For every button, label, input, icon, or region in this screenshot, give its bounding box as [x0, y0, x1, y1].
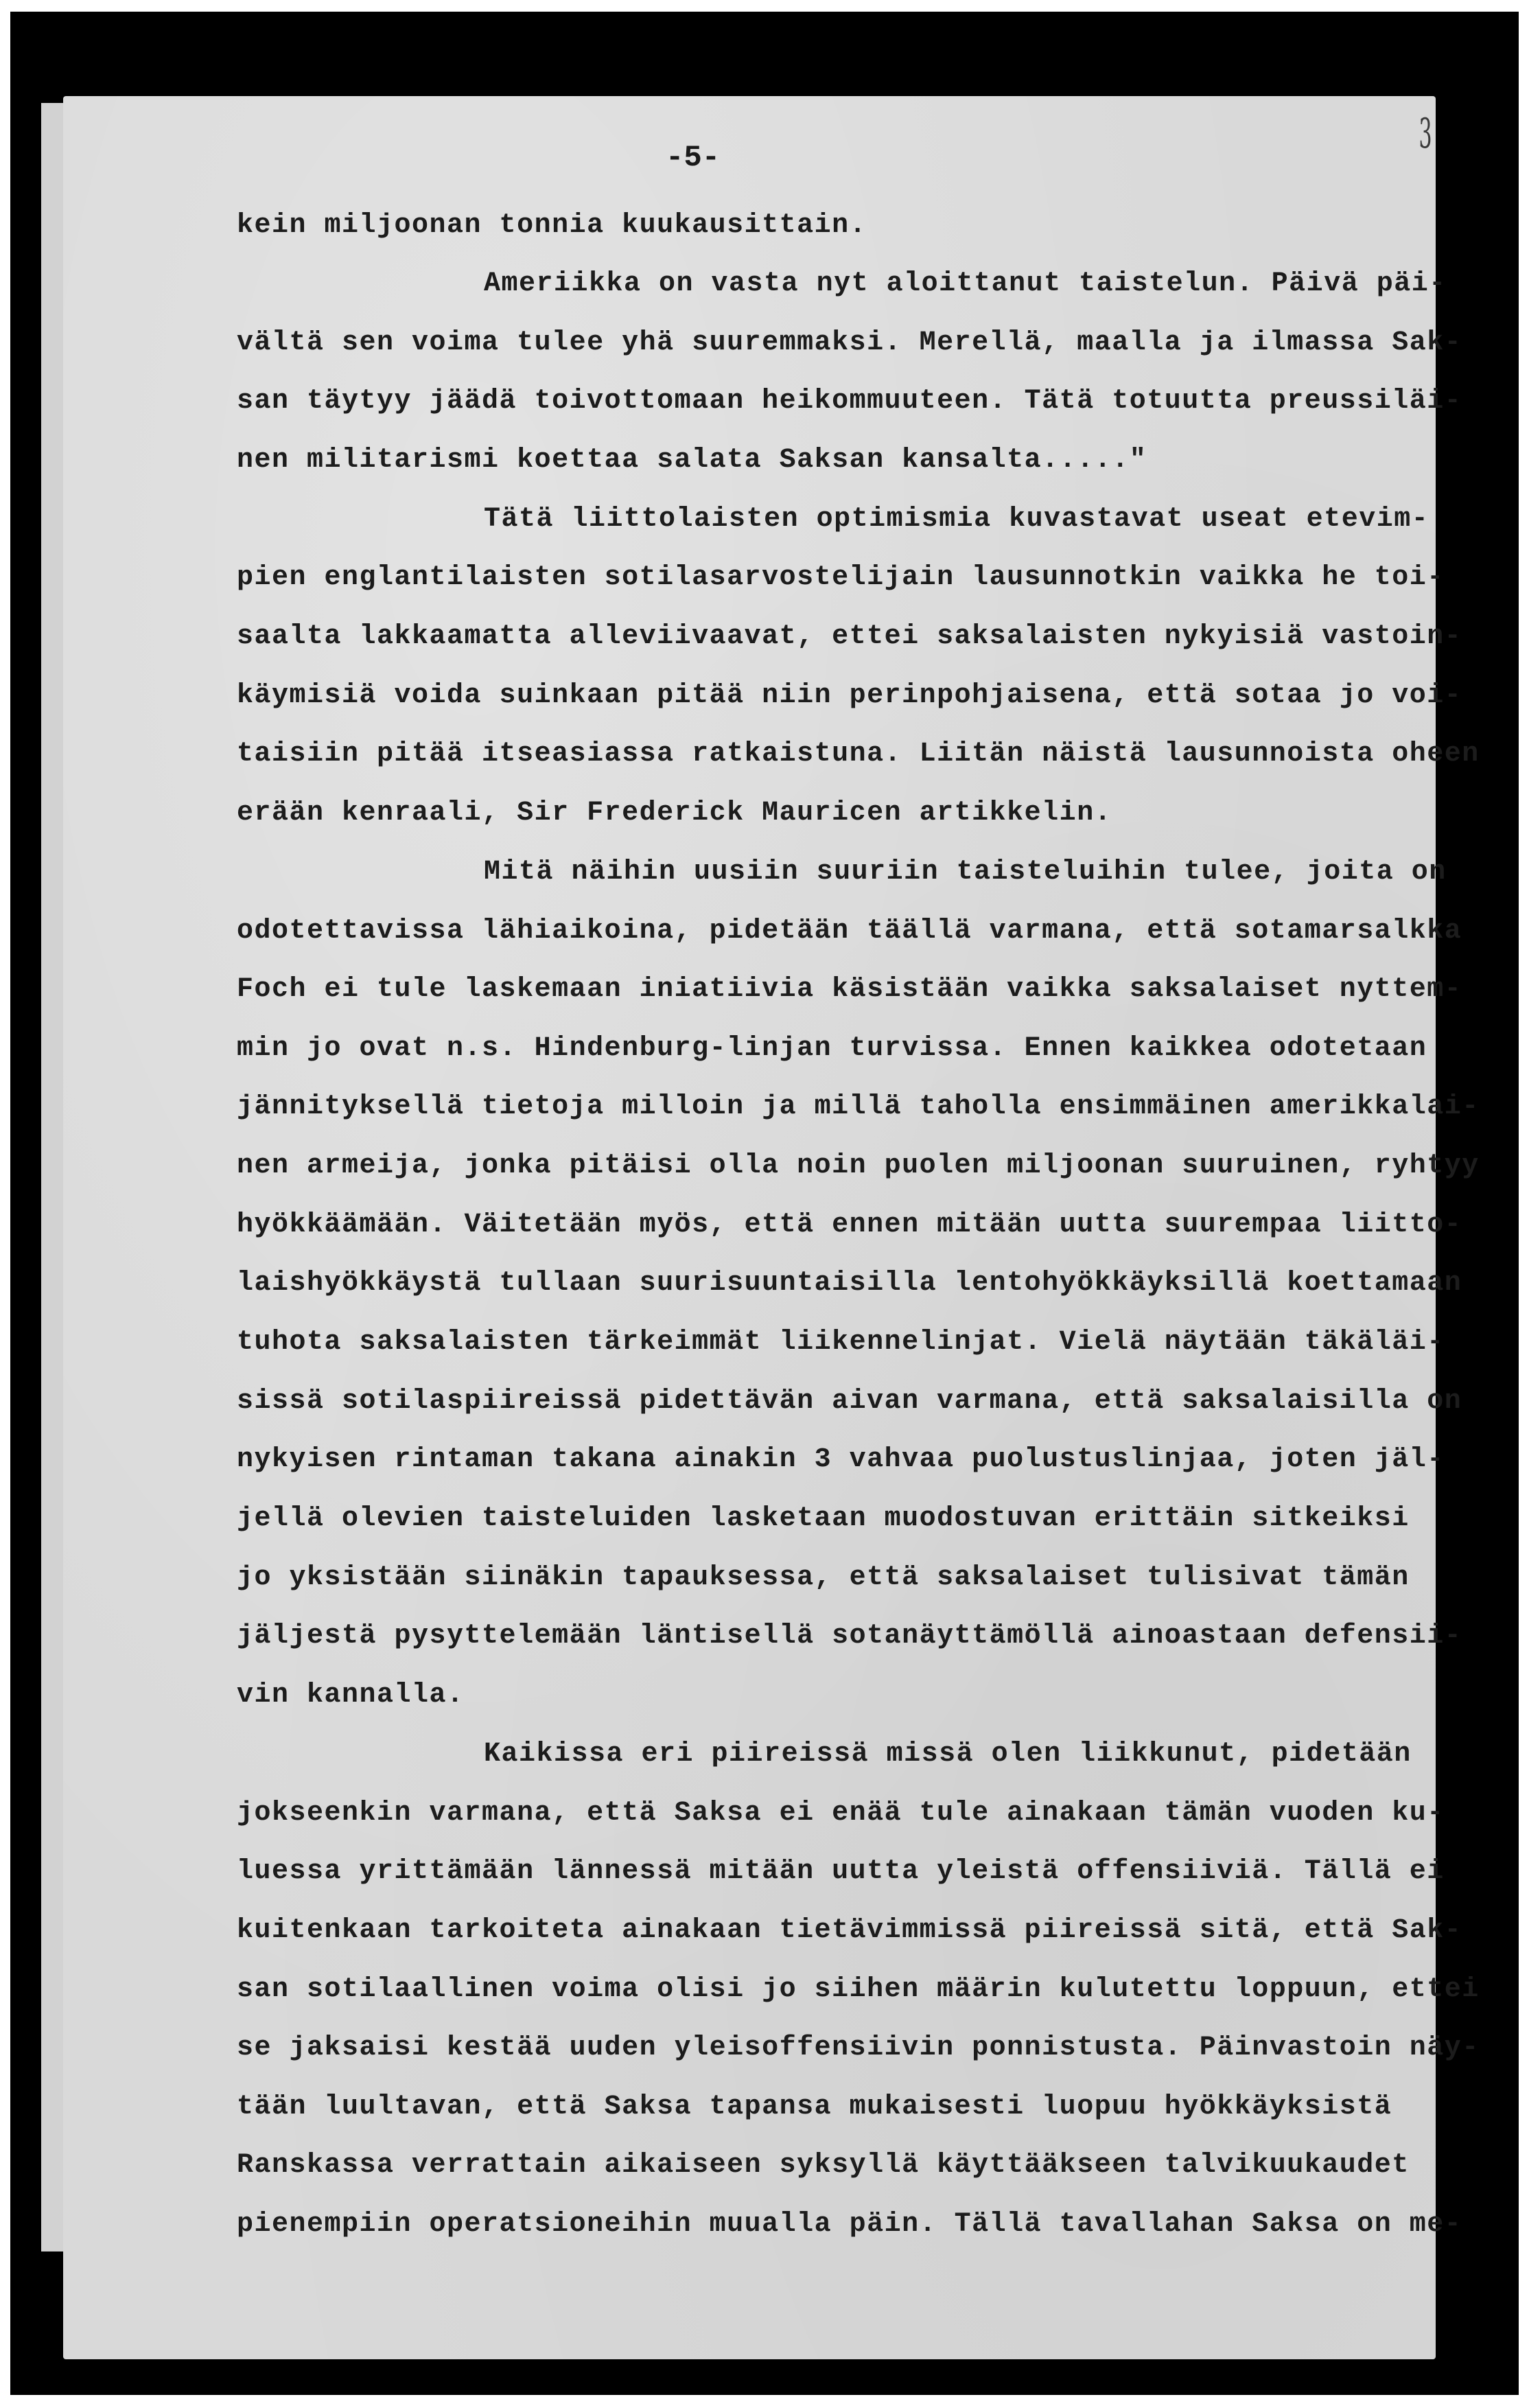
- text-line: vin kannalla.: [237, 1678, 465, 1713]
- text-line: sissä sotilaspiireissä pidettävän aivan …: [237, 1385, 1462, 1419]
- text-line: erään kenraali, Sir Frederick Mauricen a…: [237, 796, 1112, 831]
- text-line: hyökkäämään. Väitetään myös, että ennen …: [237, 1208, 1462, 1242]
- text-line: jäljestä pysyttelemään läntisellä sotanä…: [237, 1619, 1462, 1654]
- text-line: jellä olevien taisteluiden lasketaan muo…: [237, 1502, 1410, 1536]
- text-line: vältä sen voima tulee yhä suuremmaksi. M…: [237, 326, 1462, 360]
- text-line: Ameriikka on vasta nyt aloittanut taiste…: [484, 267, 1447, 301]
- text-line: Foch ei tule laskemaan iniatiivia käsist…: [237, 973, 1462, 1007]
- text-line: käymisiä voida suinkaan pitää niin perin…: [237, 679, 1462, 713]
- text-line: nen militarismi koettaa salata Saksan ka…: [237, 443, 1147, 478]
- text-line: nykyisen rintaman takana ainakin 3 vahva…: [237, 1443, 1445, 1477]
- text-line: jännityksellä tietoja milloin ja millä t…: [237, 1090, 1480, 1124]
- text-line: jo yksistään siinäkin tapauksessa, että …: [237, 1561, 1410, 1595]
- text-line: tään luultavan, että Saksa tapansa mukai…: [237, 2090, 1392, 2125]
- text-line: min jo ovat n.s. Hindenburg-linjan turvi…: [237, 1032, 1427, 1066]
- text-line: odotettavissa lähiaikoina, pidetään tääl…: [237, 914, 1462, 949]
- text-line: Tätä liittolaisten optimismia kuvastavat…: [484, 502, 1429, 537]
- text-line: nen armeija, jonka pitäisi olla noin puo…: [237, 1149, 1480, 1183]
- text-line: jokseenkin varmana, että Saksa ei enää t…: [237, 1796, 1445, 1831]
- text-line: Kaikissa eri piireissä missä olen liikku…: [484, 1737, 1412, 1772]
- text-line: saalta lakkaamatta alleviivaavat, ettei …: [237, 620, 1462, 654]
- document-body: kein miljoonan tonnia kuukausittain.Amer…: [0, 0, 1529, 2408]
- text-line: Mitä näihin uusiin suuriin taisteluihin …: [484, 855, 1447, 890]
- text-line: laishyökkäystä tullaan suurisuuntaisilla…: [237, 1266, 1462, 1301]
- text-line: san täytyy jäädä toivottomaan heikommuut…: [237, 384, 1462, 419]
- text-line: Ranskassa verrattain aikaiseen syksyllä …: [237, 2149, 1410, 2183]
- text-line: tuhota saksalaisten tärkeimmät liikennel…: [237, 1325, 1445, 1360]
- text-line: kein miljoonan tonnia kuukausittain.: [237, 209, 867, 243]
- text-line: se jaksaisi kestää uuden yleisoffensiivi…: [237, 2031, 1480, 2065]
- text-line: pien englantilaisten sotilasarvostelijai…: [237, 561, 1445, 595]
- text-line: taisiin pitää itseasiassa ratkaistuna. L…: [237, 737, 1480, 772]
- text-line: luessa yrittämään lännessä mitään uutta …: [237, 1855, 1445, 1889]
- text-line: pienempiin operatsioneihin muualla päin.…: [237, 2208, 1462, 2242]
- text-line: san sotilaallinen voima olisi jo siihen …: [237, 1973, 1480, 2007]
- text-line: kuitenkaan tarkoiteta ainakaan tietävimm…: [237, 1914, 1462, 1948]
